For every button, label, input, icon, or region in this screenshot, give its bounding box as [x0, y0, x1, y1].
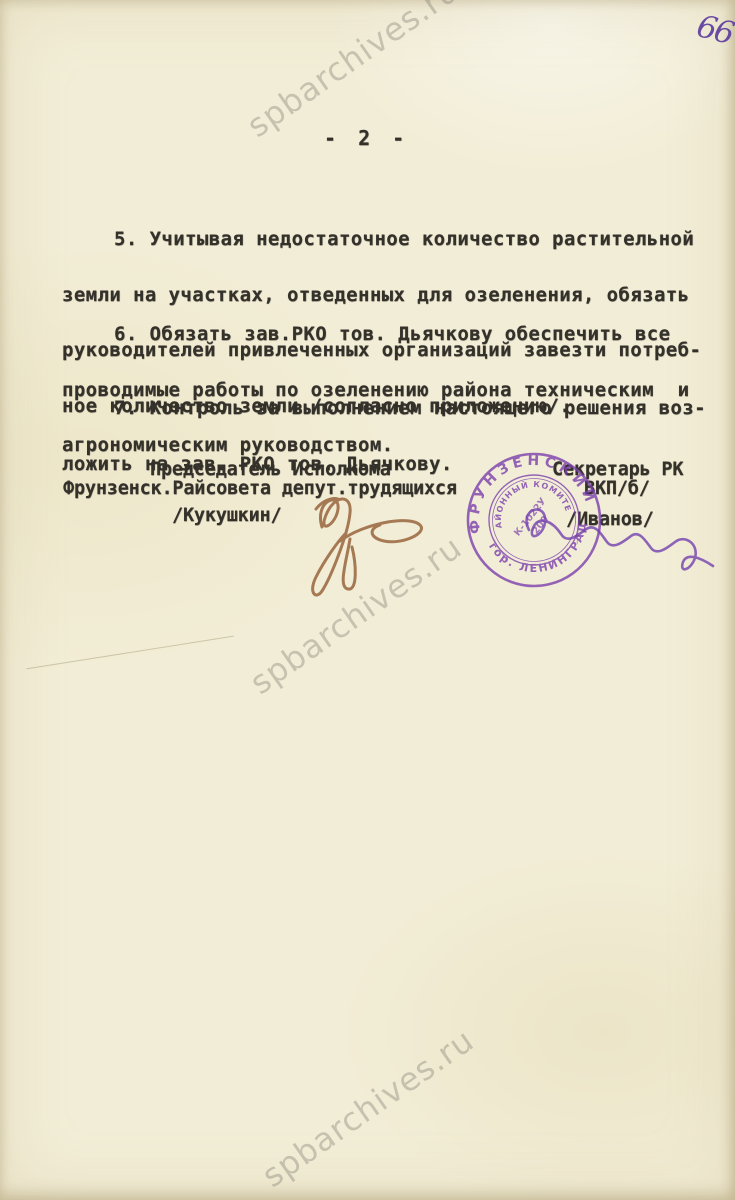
official-round-stamp: ФРУНЗЕНСКИЙ гор. ЛЕНИНГРАД РАЙОННЫЙ КОМИ…: [459, 445, 609, 599]
page-header: - 2 -: [324, 129, 409, 148]
handwritten-page-number: 66: [693, 8, 735, 52]
paper-crease: [26, 636, 234, 670]
archive-watermark: spbarchives.ru: [240, 0, 466, 145]
paragraph-line: 5. Учитывая недостаточное количество рас…: [62, 230, 701, 249]
paragraph-line: 6. Обязать зав.РКО тов. Дьячкову обеспеч…: [62, 325, 689, 344]
archive-watermark: spbarchives.ru: [255, 1021, 481, 1195]
paragraph-line: 7. Контроль за выполнением настоящего ре…: [62, 399, 706, 418]
chairman-name: /Кукушкин/: [172, 507, 281, 526]
chairman-title-line1: Председатель Исполкома: [150, 461, 391, 480]
scanned-document-page: spbarchives.ru spbarchives.ru spbarchive…: [0, 0, 735, 1200]
chairman-handwritten-signature: [280, 483, 445, 608]
